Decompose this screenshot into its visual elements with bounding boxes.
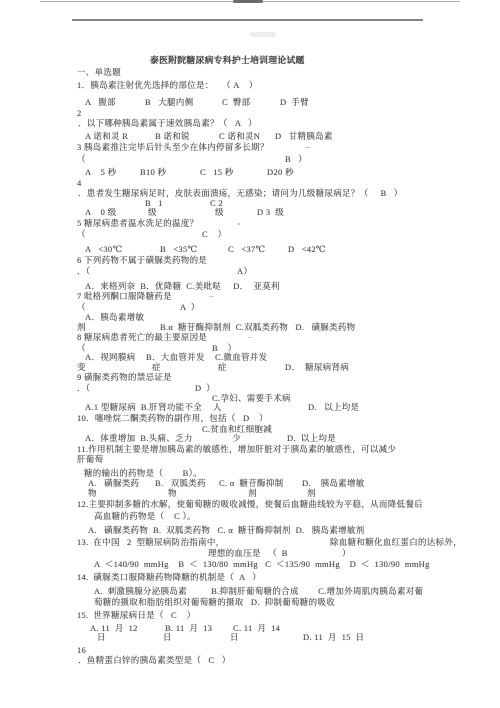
q5-answer: C ） (202, 229, 226, 239)
q4-text: ．患者发生糖尿病足时，皮肤表面溃疡，无感染；请问为几级糖尿病足？（ B ） (78, 188, 403, 198)
q8-text: 8 糖尿病患者死亡的最主要原因是 (77, 332, 207, 342)
q13-options: A ＜140/90 mmHg B ＜ 130/80 mmHg C ＜135/90… (94, 559, 430, 569)
q10-text: 10．噻唑烷二酮类药物的副作用，包括（ D ） (77, 413, 268, 423)
q7-options-rest: B.α 糖苷酶抑制剂 C.双胍类药物 D. 磺脲类药物 (160, 322, 355, 332)
q3-option-d: D20 秒 (267, 167, 294, 177)
q11-option-d-tail: 剂 (307, 488, 316, 498)
q2-number: 2 (77, 108, 82, 118)
q8-option-a-tail: 变 (77, 362, 86, 372)
q15-option-d: D. 11 月 15 日 (303, 632, 364, 642)
q6-answer: A） (237, 266, 252, 276)
q15-option-a-tail: 日 (97, 632, 106, 642)
q5-option-a: A <30℃ (85, 244, 122, 254)
q6-text: 6 下列药物不属于磺脲类药物的是 (77, 255, 207, 265)
q7-paren-open: （ (77, 302, 86, 312)
scan-blob (250, 32, 276, 37)
scan-dash-1 (305, 147, 310, 148)
q16-text: ．鱼精蛋白锌的胰岛素类型是（ C ） (78, 655, 231, 665)
q2-text: ．以下哪种胰岛素属于速效胰岛素？（ A ） (78, 118, 257, 128)
q11-option-b: B. 双胍类药 (155, 478, 206, 488)
q1-option-d: D 手臂 (280, 97, 309, 107)
q1-option-a: A 腹部 (85, 97, 116, 107)
q5-text: 5 糖尿病患者温水洗足的温度？ (77, 218, 198, 228)
q7-answer: A ） (180, 302, 200, 312)
q13-text-3: 理想的血压是 （ B (208, 548, 288, 558)
q1-option-c: C 臀部 (222, 97, 250, 107)
q15-text: 15. 世界糖尿病日是（ C ） (77, 610, 196, 620)
q11-option-d: D. 胰岛素增敏 (302, 478, 365, 488)
q3-text: 3 胰岛素推注完毕后针头至少在体内停留多长期？ (77, 142, 269, 152)
q2-option-c: C 诺和灵N (219, 131, 260, 141)
q3-paren-open: （ (77, 154, 86, 164)
q9-answer: D ） (195, 383, 215, 393)
header-rule (72, 19, 423, 21)
q9-option-c-tail: 人 (213, 402, 222, 412)
q6-options: A．来格列奈 B．优降糖 C.美吡哒 D． 亚莫利 (85, 281, 280, 291)
q14-options-1: A. 刺激胰腺分泌胰岛素 B.抑制肝葡萄糖的合成 C.增加外周肌肉胰岛素对葡 (94, 586, 423, 596)
q10-option-c-tail: 少 (232, 433, 241, 443)
q3-option-a: A 5 秒 (85, 167, 116, 177)
q9-option-c-wrap: C.孕妇、需要手术病 (212, 393, 291, 403)
q14-options-2: 萄糖的摄取和脂肪组织对葡萄糖的摄取 D. 抑制葡萄糖的吸收 (94, 597, 335, 607)
q4-option-a: A 0 级 (85, 207, 116, 217)
scan-dash-3 (209, 296, 214, 297)
q11-option-b-tail: 物 (168, 488, 177, 498)
q11-option-c-tail: 剂 (248, 488, 257, 498)
q11-text-1: 11.作用机制主要是增加胰岛素的敏感性，增加肝脏对于胰岛素的敏感性，可以减少 (77, 444, 396, 454)
q6-paren-open: ．（ (77, 266, 90, 276)
scan-dash-2 (237, 223, 240, 225)
scanned-test-paper: 泰医附院糖尿病专科护士培训理论试题 一、单选题 1．胰岛素注射优先选择的部位是：… (0, 0, 500, 708)
q12-text-2: 高血糖的药物是（ C ）。 (94, 511, 196, 521)
q13-text-1: 13. 在中国 2 型糖尿病防治指南中， (77, 537, 224, 547)
q1-answer: （ A ） (222, 80, 258, 90)
q3-answer: B ） (285, 154, 307, 164)
q15-option-b-tail: 日 (163, 632, 172, 642)
q5-option-c: C <37℃ (228, 244, 265, 254)
q9-option-d: D. 以上均是 (308, 402, 359, 412)
q9-paren-open: ．（ (77, 383, 90, 393)
q13-paren-close: ） (342, 548, 351, 558)
q2-option-d: D 甘精胰岛素 (275, 131, 333, 141)
q5-paren-open: （ (77, 229, 86, 239)
q9-text: 9 磺脲类药物的禁忌证是 (77, 372, 172, 382)
q13-text-2: 除血糖和糖化血红蛋白的达标外， (330, 537, 462, 547)
q8-option-c-tail: 症 (218, 362, 227, 372)
q4-number: 4 (77, 178, 82, 188)
q4-option-b-tail: 级 (148, 207, 157, 217)
q5-option-b: B <35℃ (160, 244, 197, 254)
q1-option-b: B 大腿内侧 (145, 97, 193, 107)
q2-option-b: B 诺和锐 (155, 131, 190, 141)
q12-options: A. 磺脲类药物 B. 双胍类药物 C. α 糖苷酶抑制剂 D. 胰岛素增敏剂 (88, 525, 365, 535)
q15-option-c: C. 11 月 14 (233, 623, 280, 633)
section-heading: 一、单选题 (77, 67, 121, 77)
q7-text: 7 吡格列酮口服降糖药是 (77, 291, 172, 301)
q4-option-d: D 3 级 (257, 207, 284, 217)
q5-option-d: D <42℃ (288, 244, 326, 254)
q3-option-c: C 15 秒 (200, 167, 234, 177)
q2-option-a: A 诺和灵 R (85, 131, 128, 141)
q11-text-2: 肝葡萄 (77, 454, 103, 464)
q10-options-ab: A．体重增加 B.头痛、乏力 (85, 433, 193, 443)
page-title: 泰医附院糖尿病专科护士培训理论试题 (150, 55, 305, 65)
q15-option-b: B. 11 月 13 (165, 623, 212, 633)
q8-option-b: B．大血管并发 (146, 352, 205, 362)
q11-option-a: A. 磺脲类药 (88, 478, 139, 488)
q8-option-d: D． 糖尿病肾病 (285, 362, 349, 372)
q11-option-a-tail: 物 (88, 488, 97, 498)
q11-text-3: 糖的输出的药物是（ B）。 (84, 468, 202, 478)
q15-option-c-tail: 日 (230, 632, 239, 642)
q11-option-c: C. α 糖苷酶抑制 (219, 478, 283, 488)
q4-option-c-tail: 级 (215, 207, 224, 217)
q7-option-a-tail: 剂 (77, 322, 86, 332)
q16-number: 16 (77, 645, 86, 655)
q8-option-b-tail: 症 (152, 362, 161, 372)
q1-text: 1．胰岛素注射优先选择的部位是： (77, 80, 214, 90)
q14-text: 14. 磺脲类口服降糖药物降糖的机制是（ A ） (77, 572, 261, 582)
q8-option-a: A．视网膜病 (85, 352, 135, 362)
q9-options-ab: A.1 型糖尿病 B.肝肾功能不全 (85, 402, 202, 412)
q7-option-a: A．胰岛素增敏 (85, 312, 144, 322)
scan-dash-4 (248, 337, 252, 338)
q10-option-d: D. 以上均是 (287, 433, 336, 443)
q12-text-1: 12.主要抑制多糖的水解，使葡萄糖的吸收减慢，使餐后血糖曲线较为平稳，从而降低餐… (77, 499, 423, 509)
scan-smudge-top (233, 0, 263, 3)
q8-option-c: C.微血管并发 (215, 352, 267, 362)
q3-option-b: B10 秒 (140, 167, 166, 177)
